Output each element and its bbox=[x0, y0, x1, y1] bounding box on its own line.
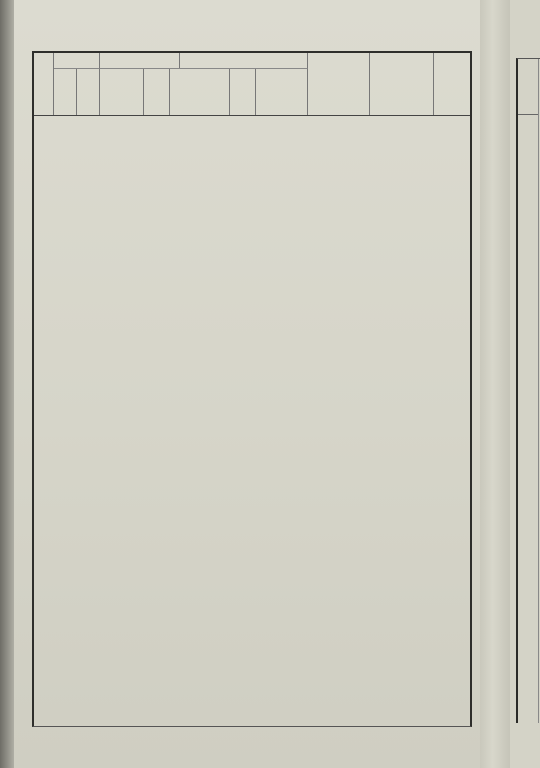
header-roditelji-ime bbox=[170, 69, 230, 115]
next-page-header-cell bbox=[518, 59, 539, 115]
header-roditelja-group bbox=[170, 53, 308, 69]
header-vjera bbox=[230, 69, 256, 115]
next-page-table bbox=[516, 58, 540, 723]
header-godina-group bbox=[54, 53, 100, 69]
header-poroda bbox=[54, 69, 77, 115]
baptism-register-table bbox=[32, 51, 472, 727]
header-krstenika-group bbox=[100, 53, 180, 69]
header-krstenja bbox=[77, 69, 100, 115]
header-mjesto bbox=[256, 69, 308, 115]
table-header bbox=[34, 53, 470, 116]
header-ime bbox=[100, 69, 144, 115]
next-page-divider bbox=[538, 59, 539, 723]
header-kumova bbox=[308, 53, 370, 115]
header-opazka bbox=[434, 53, 470, 115]
header-zakonit bbox=[144, 69, 170, 115]
header-krstitelja bbox=[370, 53, 434, 115]
book-gutter bbox=[480, 0, 512, 768]
header-tekuci-broj bbox=[34, 53, 54, 115]
